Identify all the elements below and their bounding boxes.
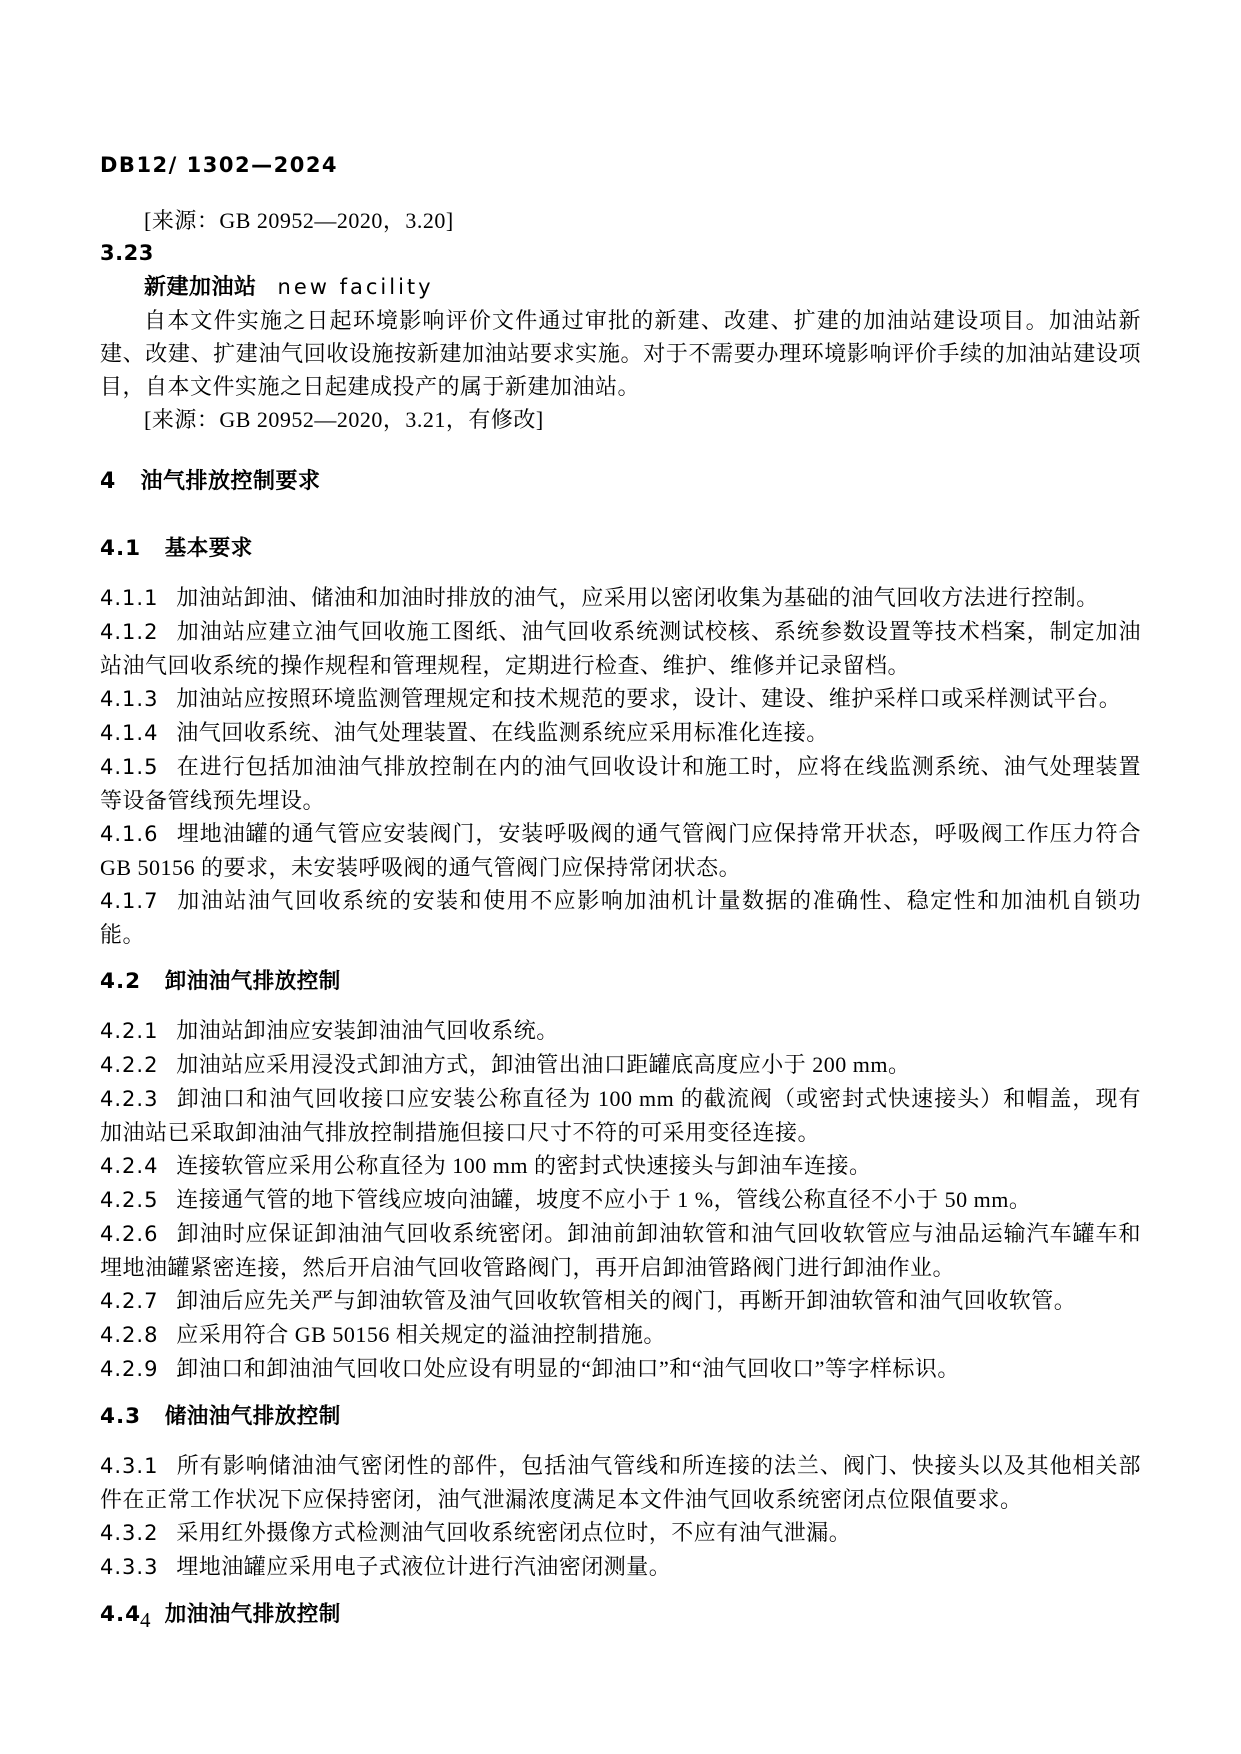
heading-number: 4.1 [100, 536, 165, 561]
clause-text: 油气回收系统、油气处理装置、在线监测系统应采用标准化连接。 [176, 720, 829, 745]
clause-number: 4.3.1 [100, 1454, 176, 1478]
clause-number: 4.2.6 [100, 1222, 176, 1246]
clause-4.1.2: 4.1.2加油站应建立油气回收施工图纸、油气回收系统测试校核、系统参数设置等技术… [100, 615, 1141, 682]
clause-text: 连接软管应采用公称直径为 100 mm 的密封式快速接头与卸油车连接。 [176, 1153, 871, 1178]
clause-number: 4.1.1 [100, 586, 176, 610]
clause-number: 4.2.2 [100, 1053, 176, 1077]
heading-title: 基本要求 [165, 536, 253, 561]
document-page: DB12/ 1302—2024 [来源：GB 20952—2020，3.20]3… [0, 0, 1241, 1754]
doc-number-header: DB12/ 1302—2024 [100, 148, 1141, 182]
clause-number: 4.1.3 [100, 687, 176, 711]
clause-4.2.2: 4.2.2加油站应采用浸没式卸油方式，卸油管出油口距罐底高度应小于 200 mm… [100, 1048, 1141, 1082]
heading-number: 4.4 [100, 1602, 165, 1627]
clause-number: 4.1.2 [100, 620, 176, 644]
clause-text: 卸油口和油气回收接口应安装公称直径为 100 mm 的截流阀（或密封式快速接头）… [100, 1086, 1141, 1145]
clause-4.2.8: 4.2.8应采用符合 GB 50156 相关规定的溢油控制措施。 [100, 1318, 1141, 1352]
clause-text: 加油站卸油应安装卸油油气回收系统。 [176, 1018, 559, 1043]
clause-text: 埋地油罐的通气管应安装阀门，安装呼吸阀的通气管阀门应保持常开状态，呼吸阀工作压力… [100, 821, 1141, 880]
clause-number: 4.2.3 [100, 1087, 176, 1111]
clause-number: 4.1.5 [100, 755, 176, 779]
chapter-heading-4: 4油气排放控制要求 [100, 465, 1141, 498]
term-number: 3.23 [100, 237, 1141, 270]
clause-number: 4.3.3 [100, 1555, 176, 1579]
clause-text: 所有影响储油油气密闭性的部件，包括油气管线和所连接的法兰、阀门、快接头以及其他相… [100, 1453, 1141, 1512]
heading-number: 4 [100, 469, 141, 494]
clause-4.3.2: 4.3.2采用红外摄像方式检测油气回收系统密闭点位时，不应有油气泄漏。 [100, 1516, 1141, 1550]
clause-4.2.3: 4.2.3卸油口和油气回收接口应安装公称直径为 100 mm 的截流阀（或密封式… [100, 1082, 1141, 1149]
term-entry: 新建加油站new facility [100, 270, 1141, 304]
section-heading-4.3: 4.3储油油气排放控制 [100, 1400, 1141, 1433]
clause-4.1.6: 4.1.6埋地油罐的通气管应安装阀门，安装呼吸阀的通气管阀门应保持常开状态，呼吸… [100, 817, 1141, 884]
section-heading-4.4: 4.4加油油气排放控制 [100, 1598, 1141, 1631]
clause-text: 加油站应采用浸没式卸油方式，卸油管出油口距罐底高度应小于 200 mm。 [176, 1052, 910, 1077]
clause-text: 加油站油气回收系统的安装和使用不应影响加油机计量数据的准确性、稳定性和加油机自锁… [100, 888, 1141, 947]
clause-number: 4.2.1 [100, 1019, 176, 1043]
clause-number: 4.1.4 [100, 721, 176, 745]
clause-4.1.1: 4.1.1加油站卸油、储油和加油时排放的油气，应采用以密闭收集为基础的油气回收方… [100, 581, 1141, 615]
clause-4.1.7: 4.1.7加油站油气回收系统的安装和使用不应影响加油机计量数据的准确性、稳定性和… [100, 884, 1141, 951]
definition-paragraph: 自本文件实施之日起环境影响评价文件通过审批的新建、改建、扩建的加油站建设项目。加… [100, 304, 1141, 403]
heading-title: 卸油油气排放控制 [165, 969, 341, 994]
clause-text: 埋地油罐应采用电子式液位计进行汽油密闭测量。 [176, 1554, 671, 1579]
page-number: 4 [140, 1608, 151, 1633]
heading-number: 4.2 [100, 969, 165, 994]
clause-text: 采用红外摄像方式检测油气回收系统密闭点位时，不应有油气泄漏。 [176, 1520, 851, 1545]
section-heading-4.2: 4.2卸油油气排放控制 [100, 965, 1141, 998]
doc-content: [来源：GB 20952—2020，3.20]3.23新建加油站new faci… [100, 204, 1141, 1631]
clause-number: 4.1.6 [100, 822, 176, 846]
clause-4.1.5: 4.1.5在进行包括加油油气排放控制在内的油气回收设计和施工时，应将在线监测系统… [100, 750, 1141, 817]
source-reference: [来源：GB 20952—2020，3.21，有修改] [100, 403, 1141, 436]
source-reference: [来源：GB 20952—2020，3.20] [100, 204, 1141, 237]
clause-text: 加油站应建立油气回收施工图纸、油气回收系统测试校核、系统参数设置等技术档案，制定… [100, 619, 1141, 678]
clause-4.3.1: 4.3.1所有影响储油油气密闭性的部件，包括油气管线和所连接的法兰、阀门、快接头… [100, 1449, 1141, 1516]
clause-4.2.4: 4.2.4连接软管应采用公称直径为 100 mm 的密封式快速接头与卸油车连接。 [100, 1149, 1141, 1183]
term-chinese: 新建加油站 [144, 275, 257, 300]
term-english: new facility [278, 275, 434, 299]
clause-number: 4.2.8 [100, 1323, 176, 1347]
clause-number: 4.2.5 [100, 1188, 176, 1212]
clause-4.1.4: 4.1.4油气回收系统、油气处理装置、在线监测系统应采用标准化连接。 [100, 716, 1141, 750]
clause-text: 卸油时应保证卸油油气回收系统密闭。卸油前卸油软管和油气回收软管应与油品运输汽车罐… [100, 1221, 1141, 1280]
clause-4.2.5: 4.2.5连接通气管的地下管线应坡向油罐，坡度不应小于 1 %，管线公称直径不小… [100, 1183, 1141, 1217]
clause-text: 连接通气管的地下管线应坡向油罐，坡度不应小于 1 %，管线公称直径不小于 50 … [176, 1187, 1031, 1212]
clause-4.3.3: 4.3.3埋地油罐应采用电子式液位计进行汽油密闭测量。 [100, 1550, 1141, 1584]
clause-number: 4.1.7 [100, 889, 176, 913]
clause-text: 在进行包括加油油气排放控制在内的油气回收设计和施工时，应将在线监测系统、油气处理… [100, 754, 1141, 813]
clause-number: 4.3.2 [100, 1521, 176, 1545]
clause-4.2.1: 4.2.1加油站卸油应安装卸油油气回收系统。 [100, 1014, 1141, 1048]
clause-4.2.6: 4.2.6卸油时应保证卸油油气回收系统密闭。卸油前卸油软管和油气回收软管应与油品… [100, 1217, 1141, 1284]
clause-4.2.7: 4.2.7卸油后应先关严与卸油软管及油气回收软管相关的阀门，再断开卸油软管和油气… [100, 1284, 1141, 1318]
clause-text: 卸油后应先关严与卸油软管及油气回收软管相关的阀门，再断开卸油软管和油气回收软管。 [176, 1288, 1076, 1313]
clause-text: 应采用符合 GB 50156 相关规定的溢油控制措施。 [176, 1322, 666, 1347]
clause-number: 4.2.9 [100, 1357, 176, 1381]
section-heading-4.1: 4.1基本要求 [100, 532, 1141, 565]
clause-4.1.3: 4.1.3加油站应按照环境监测管理规定和技术规范的要求，设计、建设、维护采样口或… [100, 682, 1141, 716]
heading-title: 储油油气排放控制 [165, 1404, 341, 1429]
clause-number: 4.2.4 [100, 1154, 176, 1178]
clause-text: 加油站应按照环境监测管理规定和技术规范的要求，设计、建设、维护采样口或采样测试平… [176, 686, 1121, 711]
heading-number: 4.3 [100, 1404, 165, 1429]
heading-title: 加油油气排放控制 [165, 1602, 341, 1627]
heading-title: 油气排放控制要求 [141, 469, 321, 494]
clause-text: 加油站卸油、储油和加油时排放的油气，应采用以密闭收集为基础的油气回收方法进行控制… [176, 585, 1099, 610]
clause-4.2.9: 4.2.9卸油口和卸油油气回收口处应设有明显的“卸油口”和“油气回收口”等字样标… [100, 1352, 1141, 1386]
clause-number: 4.2.7 [100, 1289, 176, 1313]
clause-text: 卸油口和卸油油气回收口处应设有明显的“卸油口”和“油气回收口”等字样标识。 [176, 1356, 960, 1381]
